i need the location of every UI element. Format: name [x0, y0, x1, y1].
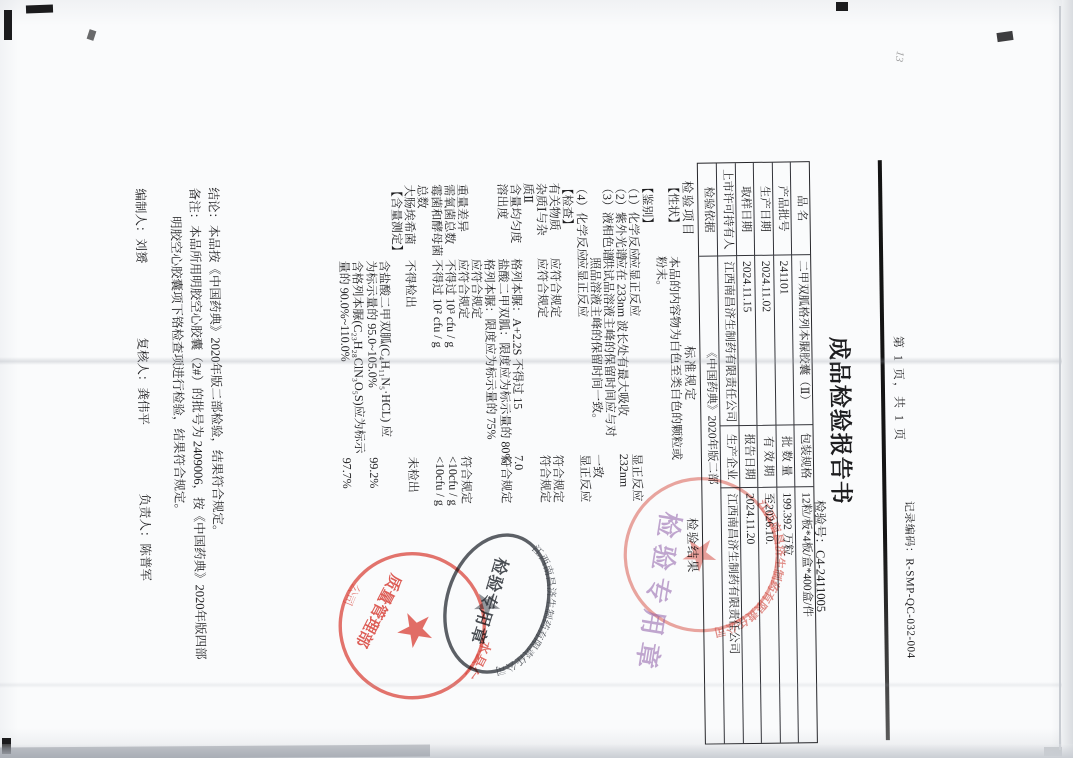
test-result: 显正反应 [577, 454, 591, 502]
scanner-background [1062, 0, 1073, 758]
test-item: 杂质Ⅰ与杂 [534, 183, 548, 236]
test-spec: 应符合规定 [535, 258, 549, 318]
test-spec: 应符合规定 [548, 258, 562, 318]
paper-edge-shadow [0, 744, 430, 758]
test-item: （4）化学反应 [574, 182, 588, 260]
test-result: 未检出 [406, 457, 420, 493]
test-result: 232nm [617, 454, 631, 488]
test-result: 97.7% [340, 458, 354, 489]
test-result: 符合规定 [459, 456, 473, 504]
test-result: 7.0 [511, 455, 524, 470]
table-value: 二甲双胍格列本脲胶囊（Ⅱ） [792, 255, 813, 425]
star-icon: ★ [384, 600, 448, 660]
table-label: 取样日期 [734, 163, 754, 256]
test-item: 溶出度 [494, 183, 508, 219]
column-header-specification: 标准规定 [681, 346, 700, 402]
test-item: 【鉴别】 [639, 181, 653, 229]
prepared-by: 编制人：刘赟 [132, 188, 151, 263]
table-label: 批 数 量 [775, 425, 794, 487]
paper-edge [1059, 6, 1061, 750]
report-document: 第 1 页，共 1 页 记录编码：R-SMP-QC-032-004 13 成品检… [0, 0, 1073, 758]
paper-crease [0, 682, 1073, 688]
table-value: 江西南昌济生制药有限责任公司 [717, 256, 738, 426]
test-result: <10cfu / g [445, 456, 459, 506]
record-code: 记录编码：R-SMP-QC-032-004 [902, 501, 920, 659]
paper-crease [0, 357, 1073, 365]
test-spec: 照品溶液主峰的保留时间一致。 [588, 257, 604, 425]
test-spec: 格列本脲：限度应为标示量的 75% [482, 259, 498, 440]
test-spec: 不得检出 [403, 260, 417, 308]
table-label: 有 效 期 [757, 426, 776, 488]
test-spec: 不得过 10² cfu / g [430, 259, 444, 347]
test-spec: 粉末。 [654, 256, 668, 292]
test-item: 霉菌和酵母菌 [428, 184, 442, 256]
test-item: 重量差异 [455, 184, 469, 232]
test-spec: 应符合规定 [469, 259, 483, 319]
table-label: 检验依据 [698, 163, 717, 256]
page-number-note: 第 1 页，共 1 页 [890, 336, 908, 442]
test-item: 总数 [415, 184, 429, 208]
test-item: 【检查】 [560, 182, 574, 230]
test-result: 符合规定 [498, 455, 512, 503]
handwritten-mark: 13 [893, 50, 906, 63]
test-spec: 应显正反应 [575, 257, 589, 317]
test-spec: 量的 90.0%~110.0% [337, 261, 352, 362]
test-item: （2）紫外光谱 [613, 182, 627, 260]
table-value: 2024.11.02 [754, 256, 775, 426]
test-item: 【含量测定】 [389, 185, 403, 257]
test-spec: 应符合规定 [456, 259, 470, 319]
table-label: 产品批号 [772, 162, 792, 255]
test-item: 含量均匀度 [508, 183, 522, 243]
test-result: <10cfu / g [432, 456, 446, 506]
test-item: 【性状】 [666, 181, 680, 229]
table-label: 品 名 [790, 162, 810, 255]
table-label: 上市许可持有人 [716, 163, 736, 256]
test-spec: 应显正反应 [627, 257, 641, 317]
test-item: （3）液相色谱 [600, 182, 614, 260]
table-label: 生产日期 [753, 163, 773, 256]
test-item: 大肠埃希菌 [402, 185, 416, 245]
test-item: 质Ⅱ [521, 183, 534, 203]
test-item: 有关物质 [547, 183, 561, 231]
signature-row: 编制人：刘赟 复核人：龚伟平 负责人：陈普军 [150, 188, 157, 658]
scan-mark [4, 10, 12, 40]
test-spec: 为标示量的 95.0~105.0% [364, 260, 379, 388]
header-rule [878, 160, 890, 740]
test-result: 符合规定 [538, 455, 552, 503]
table-label: 包装规格 [794, 425, 813, 487]
table-value: 241101 [773, 255, 794, 425]
scan-mark [836, 2, 848, 11]
reviewed-by: 复核人：龚伟平 [134, 337, 153, 425]
test-item: （1）化学反应 [626, 182, 640, 260]
test-result: 符合规定 [551, 455, 565, 503]
scanned-report-page: 第 1 页，共 1 页 记录编码：R-SMP-QC-032-004 13 成品检… [0, 0, 1073, 758]
test-result: 一致 [591, 454, 605, 478]
approved-by: 负责人：陈普军 [136, 493, 155, 581]
test-result: 99.2% [366, 457, 380, 488]
table-value: 2024.11.15 [736, 256, 757, 426]
column-header-test-item: 检验项目 [679, 181, 698, 237]
scan-mark [26, 5, 53, 14]
